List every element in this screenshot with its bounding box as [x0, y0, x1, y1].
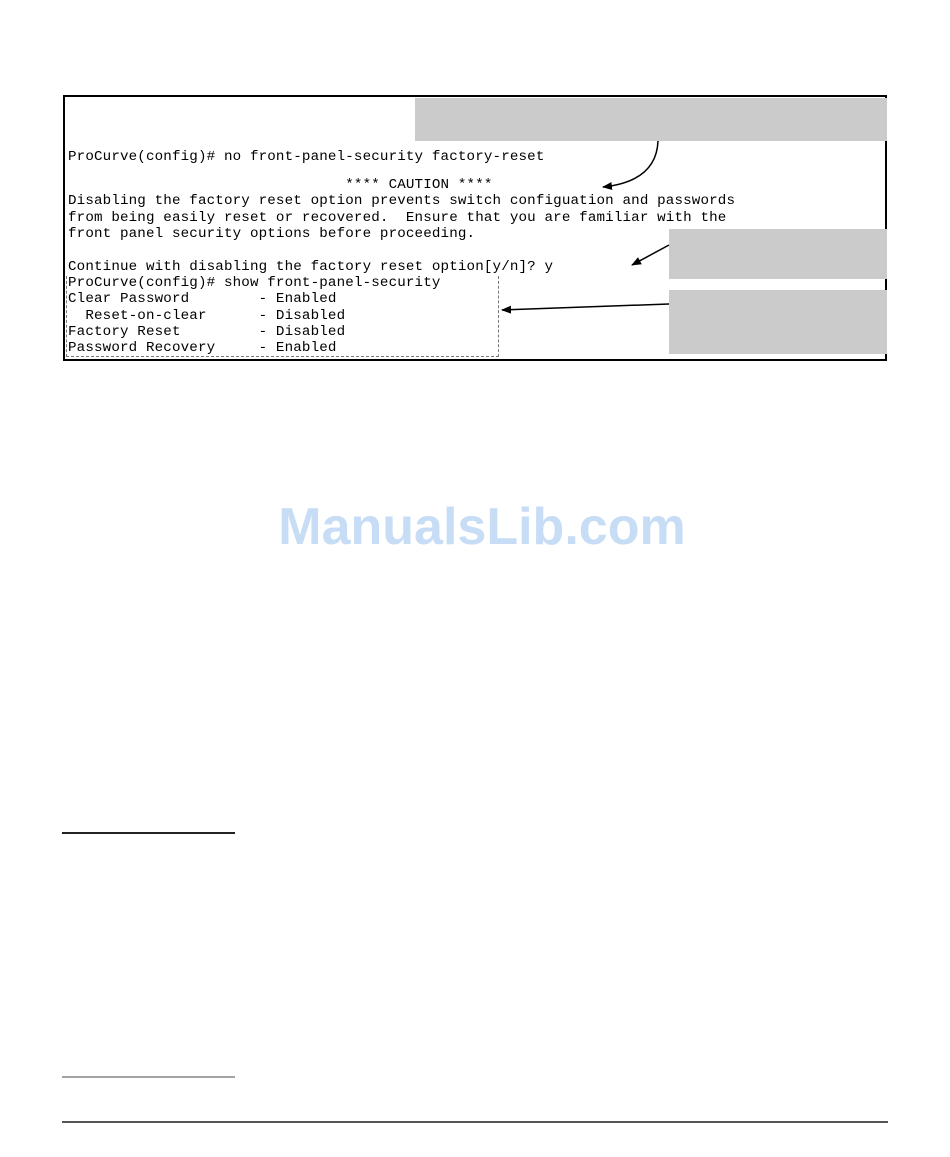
setting-row: Clear Password - Enabled: [68, 291, 337, 307]
watermark: ManualsLib.com: [267, 497, 697, 557]
section-divider: [62, 832, 235, 834]
confirm-prompt: Continue with disabling the factory rese…: [68, 259, 553, 275]
caution-message: **** CAUTION **** Disabling the factory …: [68, 177, 735, 242]
caution-line: from being easily reset or recovered. En…: [68, 210, 726, 226]
setting-row: Factory Reset - Disabled: [68, 324, 345, 340]
show-front-panel-security-output: ProCurve(config)# show front-panel-secur…: [68, 275, 441, 356]
arrow-icon: [502, 304, 669, 310]
caution-line: Disabling the factory reset option preve…: [68, 193, 735, 209]
footnote-divider: [62, 1076, 235, 1078]
callout-box-top: [415, 98, 887, 141]
caution-heading: **** CAUTION ****: [68, 177, 493, 193]
cli-figure: ProCurve(config)# no front-panel-securit…: [63, 95, 887, 361]
caution-line: front panel security options before proc…: [68, 226, 475, 242]
command-disable-factory-reset: ProCurve(config)# no front-panel-securit…: [68, 149, 545, 165]
arrow-icon: [632, 245, 669, 265]
setting-row: Reset-on-clear - Disabled: [68, 308, 345, 324]
callout-box-bottom: [669, 290, 887, 354]
setting-row: Password Recovery - Enabled: [68, 340, 337, 356]
page-footer-rule: [62, 1121, 888, 1123]
command-show: ProCurve(config)# show front-panel-secur…: [68, 275, 441, 291]
